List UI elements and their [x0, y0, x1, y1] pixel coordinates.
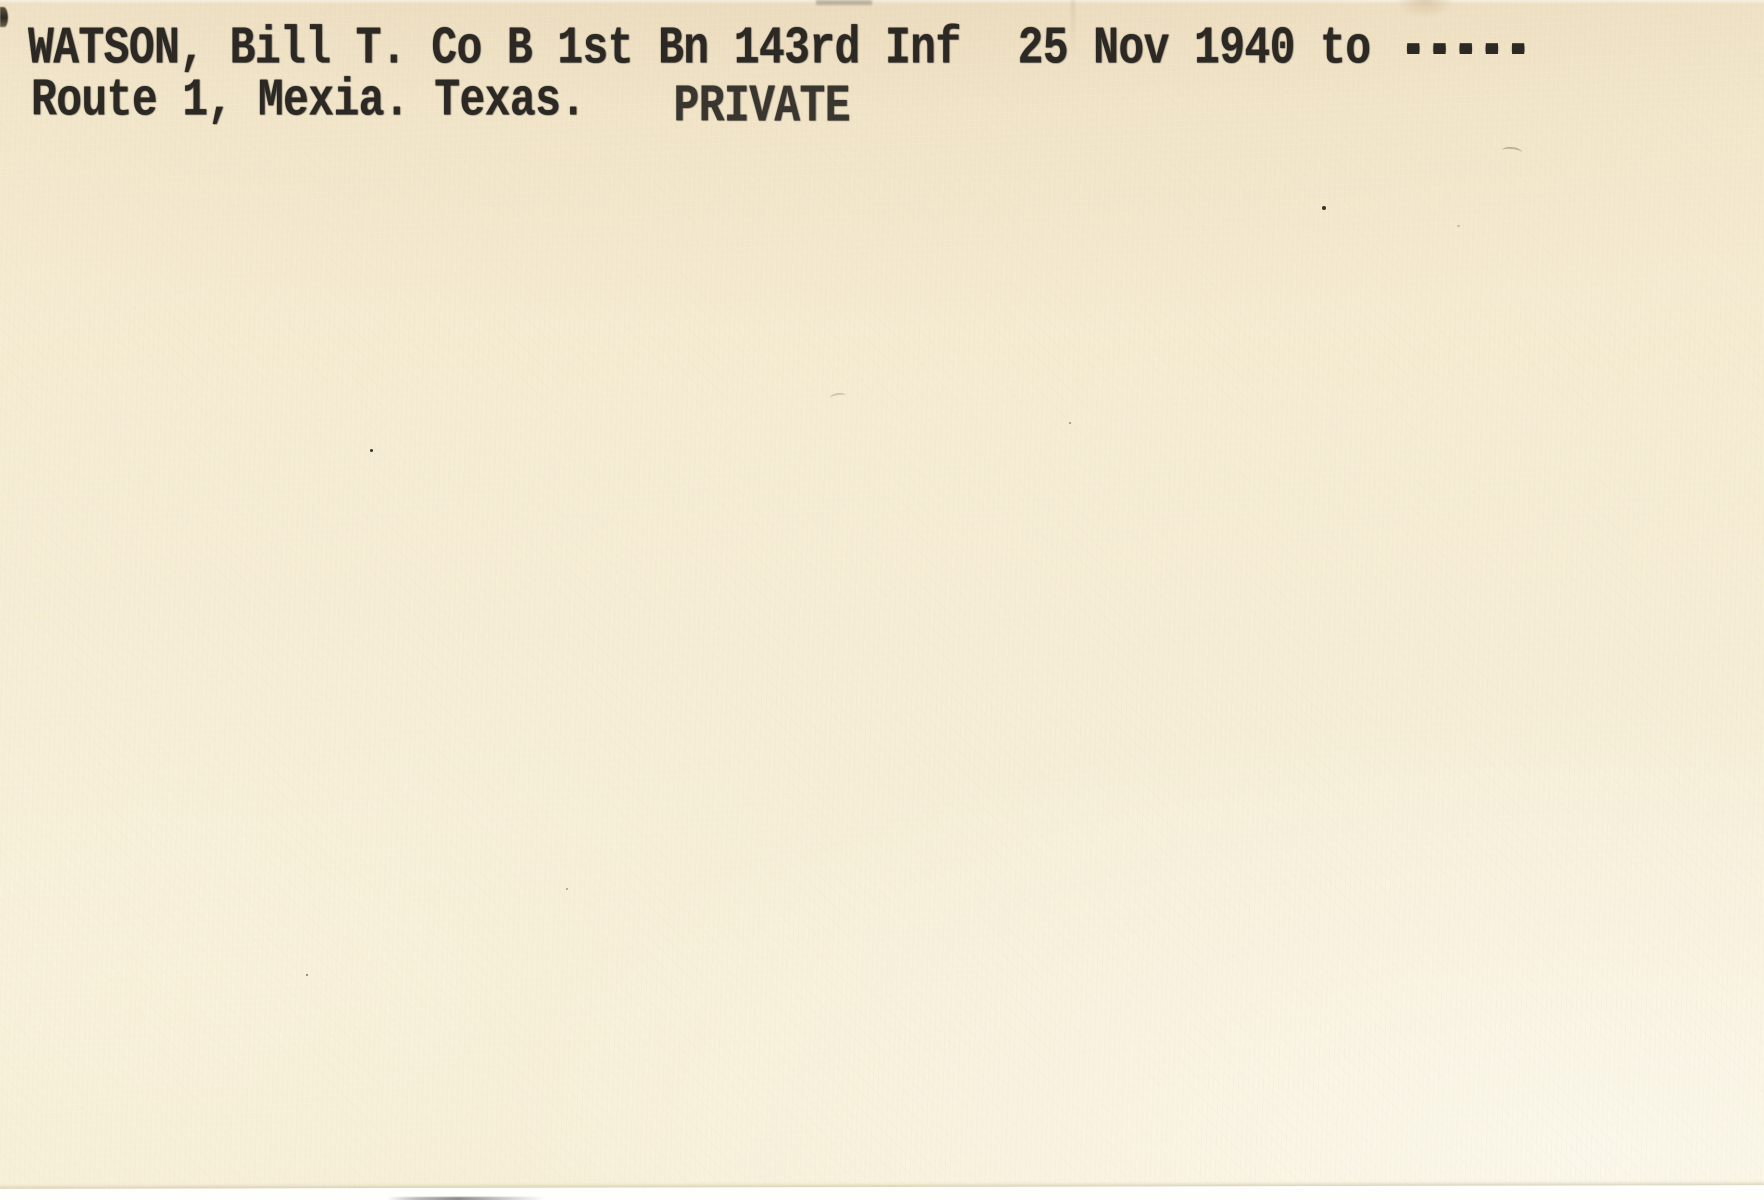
- bottom-scan-edge: [0, 1185, 1764, 1200]
- left-edge-ink-mark: [0, 7, 8, 27]
- home-address: Route 1, Mexia. Texas.: [31, 74, 586, 126]
- top-edge-smudge: [816, 0, 872, 5]
- serviceman-name-and-unit: WATSON, Bill T. Co B 1st Bn 143rd Inf: [28, 22, 961, 74]
- discharge-date-dashes: -----: [1400, 22, 1531, 74]
- paper-speck: [1322, 206, 1326, 210]
- card-line-1: WATSON, Bill T. Co B 1st Bn 143rd Inf 25…: [28, 22, 1531, 74]
- paper-speck: [1069, 422, 1071, 424]
- paper-speck: [566, 888, 568, 890]
- scanned-index-card: WATSON, Bill T. Co B 1st Bn 143rd Inf 25…: [0, 0, 1764, 1200]
- paper-speck: [1457, 225, 1460, 227]
- pencil-squiggle: [1502, 146, 1523, 157]
- card-line-2: Route 1, Mexia. Texas. PRIVATE: [31, 74, 850, 133]
- rank-label: PRIVATE: [674, 80, 850, 132]
- paper-speck: [370, 449, 373, 452]
- paper-speck: [306, 974, 308, 976]
- top-scan-edge: [0, 0, 1764, 4]
- pencil-squiggle: [830, 392, 847, 402]
- enlistment-date: 25 Nov 1940 to: [1018, 22, 1371, 74]
